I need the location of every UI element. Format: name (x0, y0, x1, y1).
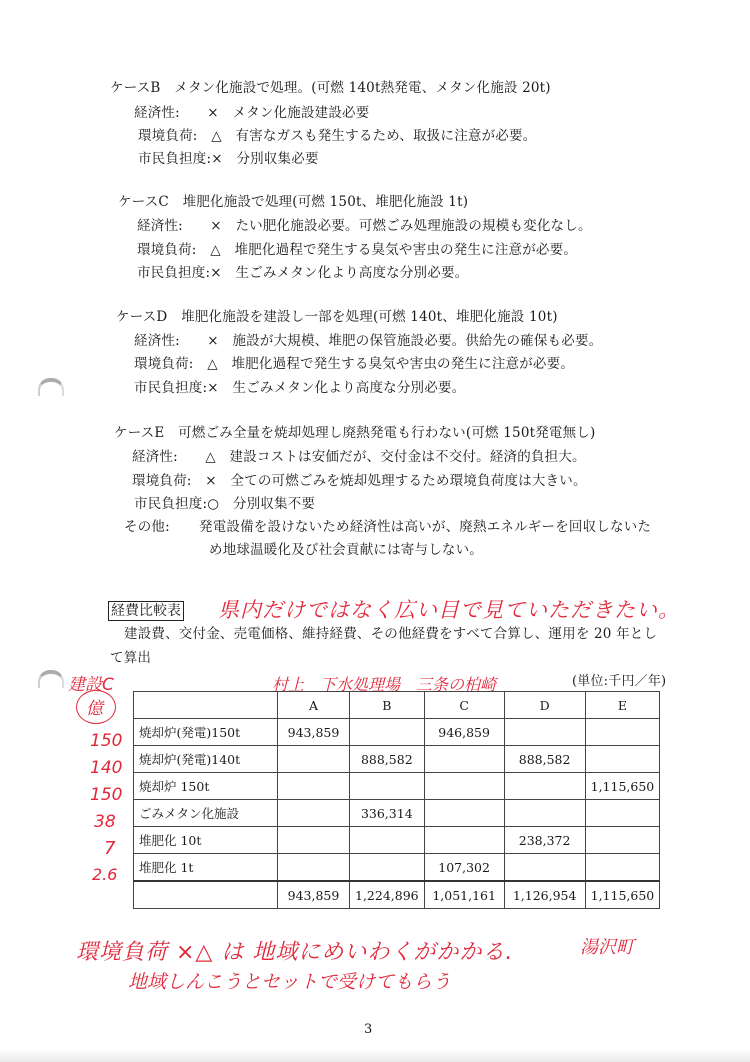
cell: 238,372 (504, 827, 585, 854)
handwritten-town: 湯沢町 (580, 933, 634, 959)
cell: 1,115,650 (585, 773, 660, 800)
total-cell: 1,224,896 (350, 881, 425, 909)
case-c-citizen: 市民負担度:× 生ごみメタン化より高度な分別必要。 (137, 264, 468, 282)
case-b-title: ケースB メタン化施設で処理。(可燃 140t熱発電、メタン化施設 20t) (110, 79, 551, 97)
cell (585, 746, 660, 773)
header-cell: D (504, 692, 585, 719)
table-row: ごみメタン化施設 336,314 (134, 800, 660, 827)
case-b-environment: 環境負荷: △ 有害なガスも発生するため、取扱に注意が必要。 (138, 127, 536, 145)
cell (278, 746, 350, 773)
cell: 107,302 (424, 854, 504, 882)
scan-edge-shadow (0, 1050, 750, 1062)
cell (585, 854, 660, 882)
table-row: 堆肥化 10t 238,372 (134, 827, 660, 854)
table-row: 堆肥化 1t 107,302 (134, 854, 660, 882)
row-label: 焼却炉(発電)150t (134, 719, 278, 746)
row-label (134, 881, 278, 909)
cell (350, 827, 425, 854)
case-b-citizen: 市民負担度:× 分別収集必要 (138, 150, 319, 168)
case-e-citizen: 市民負担度:○ 分別収集不要 (134, 495, 315, 513)
total-cell: 943,859 (278, 881, 350, 909)
total-cell: 1,115,650 (585, 881, 660, 909)
table-row: 焼却炉(発電)150t 943,859 946,859 (134, 719, 660, 746)
cost-description-line1: 建設費、交付金、売電価格、維持経費、その他経費をすべて合算し、運用を 20 年と… (124, 625, 657, 643)
table-total-row: 943,859 1,224,896 1,051,161 1,126,954 1,… (134, 881, 660, 909)
row-label: 堆肥化 1t (134, 854, 278, 882)
header-cell: C (424, 692, 504, 719)
cell (504, 719, 585, 746)
case-c-environment: 環境負荷: △ 堆肥化過程で発生する臭気や害虫の発生に注意が必要。 (137, 241, 577, 259)
cell (278, 800, 350, 827)
case-c-economy: 経済性: × たい肥化施設必要。可燃ごみ処理施設の規模も変化なし。 (137, 217, 592, 235)
case-d-environment: 環境負荷: △ 堆肥化過程で発生する臭気や害虫の発生に注意が必要。 (134, 355, 574, 373)
cell (504, 800, 585, 827)
table-header-row: A B C D E (134, 692, 660, 719)
row-label: ごみメタン化施設 (134, 800, 278, 827)
page-number: 3 (364, 1022, 372, 1037)
cell: 888,582 (350, 746, 425, 773)
cell (585, 800, 660, 827)
cell (585, 719, 660, 746)
unit-label: (単位:千円／年) (572, 673, 666, 691)
cell (504, 773, 585, 800)
cell (424, 746, 504, 773)
row-label: 焼却炉(発電)140t (134, 746, 278, 773)
binder-hole (38, 670, 64, 688)
cell (350, 773, 425, 800)
header-cell: B (350, 692, 425, 719)
cell: 943,859 (278, 719, 350, 746)
margin-value: 150 (90, 731, 122, 751)
margin-value: 7 (104, 838, 115, 859)
margin-value: 2.6 (92, 865, 117, 884)
row-label: 焼却炉 150t (134, 773, 278, 800)
header-cell: E (585, 692, 660, 719)
header-cell: A (278, 692, 350, 719)
cell: 946,859 (424, 719, 504, 746)
case-e-environment: 環境負荷: × 全ての可燃ごみを焼却処理するため環境負荷度は大きい。 (132, 472, 587, 490)
cost-table-title: 経費比較表 (108, 601, 184, 621)
case-e-economy: 経済性: △ 建設コストは安価だが、交付金は不交付。経済的負担大。 (132, 448, 586, 466)
total-cell: 1,126,954 (504, 881, 585, 909)
cell (504, 854, 585, 882)
handwritten-note-bottom-2: 地域しんこうとセットで受けてもらう (128, 967, 451, 994)
cell: 888,582 (504, 746, 585, 773)
cell (350, 719, 425, 746)
margin-value: 150 (90, 785, 122, 805)
row-label: 堆肥化 10t (134, 827, 278, 854)
cell (278, 827, 350, 854)
total-cell: 1,051,161 (424, 881, 504, 909)
cell: 336,314 (350, 800, 425, 827)
cell (424, 773, 504, 800)
handwritten-circled-unit: 億 (86, 694, 103, 719)
case-b-economy: 経済性: × メタン化施設建設必要 (134, 104, 369, 122)
table-row: 焼却炉(発電)140t 888,582 888,582 (134, 746, 660, 773)
cell (424, 827, 504, 854)
handwritten-note-top: 県内だけではなく広い目で見ていただきたい。 (218, 594, 680, 624)
case-d-economy: 経済性: × 施設が大規模、堆肥の保管施設必要。供給先の確保も必要。 (134, 332, 602, 350)
margin-value: 38 (94, 812, 116, 832)
margin-value: 140 (90, 758, 122, 778)
cell (278, 854, 350, 882)
table-row: 焼却炉 150t 1,115,650 (134, 773, 660, 800)
binder-hole (38, 378, 64, 396)
cell (585, 827, 660, 854)
header-cell (134, 692, 278, 719)
cell (278, 773, 350, 800)
cell (350, 854, 425, 882)
case-e-other-label: その他: (124, 518, 170, 536)
cost-comparison-table: A B C D E 焼却炉(発電)150t 943,859 946,859 焼却… (133, 691, 660, 909)
cost-description-line2: て算出 (110, 649, 151, 667)
case-d-citizen: 市民負担度:× 生ごみメタン化より高度な分別必要。 (134, 379, 465, 397)
case-e-title: ケースE 可燃ごみ全量を焼却処理し廃熱発電も行わない(可燃 150t発電無し) (114, 424, 596, 442)
case-e-other-line2: め地球温暖化及び社会貢献には寄与しない。 (209, 541, 483, 559)
handwritten-note-bottom-1: 環境負荷 ×△ は 地域にめいわくがかかる. (76, 935, 513, 966)
case-c-title: ケースC 堆肥化施設で処理(可燃 150t、堆肥化施設 1t) (118, 193, 468, 211)
case-d-title: ケースD 堆肥化施設を建設し一部を処理(可燃 140t、堆肥化施設 10t) (116, 308, 558, 326)
case-e-other-line1: 発電設備を設けないため経済性は高いが、廃熱エネルギーを回収しないた (199, 518, 651, 536)
cell (424, 800, 504, 827)
